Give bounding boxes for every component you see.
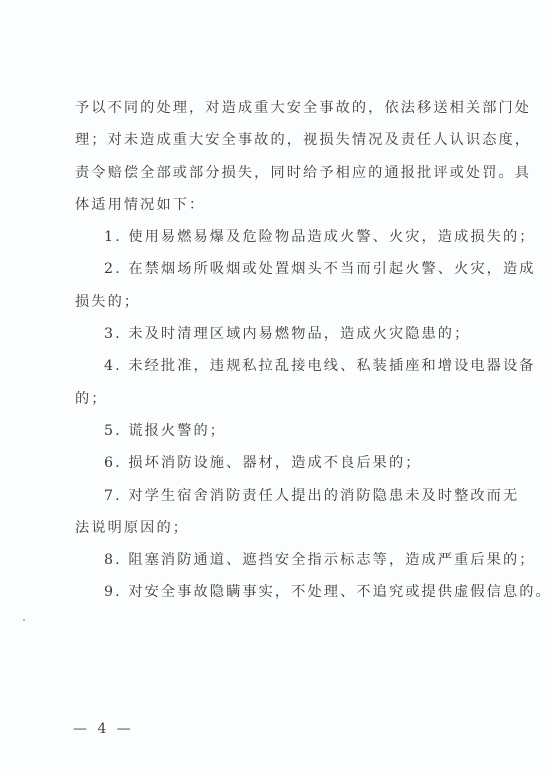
list-item-6: 6. 损坏消防设施、器材，造成不良后果的； [75, 447, 495, 479]
scan-speck [23, 619, 25, 621]
list-item-3: 3. 未及时清理区域内易燃物品，造成火灾隐患的； [75, 318, 495, 350]
text-line: 理；对未造成重大安全事故的，视损失情况及责任人认识态度， [75, 124, 495, 156]
text-line: 体适用情况如下： [75, 189, 495, 221]
list-item-9: 9. 对安全事故隐瞒事实，不处理、不追究或提供虚假信息的。 [75, 576, 495, 608]
document-page: 予以不同的处理，对造成重大安全事故的，依法移送相关部门处 理；对未造成重大安全事… [0, 0, 546, 775]
list-item-7-continuation: 法说明原因的； [75, 512, 495, 544]
list-item-1: 1. 使用易燃易爆及危险物品造成火警、火灾，造成损失的； [75, 221, 495, 253]
page-number: — 4 — [73, 721, 134, 737]
list-item-4: 4. 未经批准，违规私拉乱接电线、私装插座和增设电器设备 [75, 350, 495, 382]
text-line: 责令赔偿全部或部分损失，同时给予相应的通报批评或处罚。具 [75, 157, 495, 189]
text-line: 予以不同的处理，对造成重大安全事故的，依法移送相关部门处 [75, 92, 495, 124]
document-body: 予以不同的处理，对造成重大安全事故的，依法移送相关部门处 理；对未造成重大安全事… [75, 92, 495, 609]
list-item-4-continuation: 的； [75, 383, 495, 415]
list-item-7: 7. 对学生宿舍消防责任人提出的消防隐患未及时整改而无 [75, 480, 495, 512]
list-item-2-continuation: 损失的； [75, 286, 495, 318]
list-item-2: 2. 在禁烟场所吸烟或处置烟头不当而引起火警、火灾，造成 [75, 253, 495, 285]
list-item-8: 8. 阻塞消防通道、遮挡安全指示标志等，造成严重后果的； [75, 544, 495, 576]
list-item-5: 5. 谎报火警的； [75, 415, 495, 447]
